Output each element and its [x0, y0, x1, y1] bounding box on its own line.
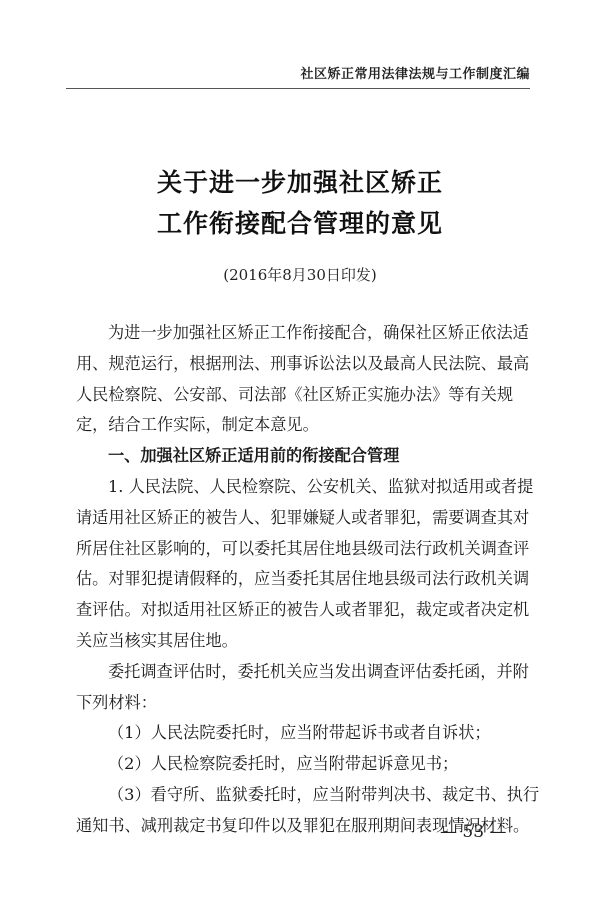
body-line: 委托调查评估时，委托机关应当发出调查评估委托函，并附	[76, 657, 524, 688]
body-line: 请适用社区矫正的被告人、犯罪嫌疑人或者罪犯，需要调查其对	[76, 503, 524, 534]
issue-date: (2016年8月30日印发)	[0, 264, 600, 285]
body-line: 为进一步加强社区矫正工作衔接配合，确保社区矫正依法适	[76, 318, 524, 349]
body-line: 关应当核实其居住地。	[76, 626, 524, 657]
section-heading: 一、加强社区矫正适用前的衔接配合管理	[76, 441, 524, 472]
body-line: 用、规范运行，根据刑法、刑事诉讼法以及最高人民法院、最高	[76, 349, 524, 380]
document-title-line-1: 关于进一步加强社区矫正	[0, 163, 600, 199]
body-line: （1）人民法院委托时，应当附带起诉书或者自诉状；	[76, 718, 524, 749]
body-line: 查评估。对拟适用社区矫正的被告人或者罪犯，裁定或者决定机	[76, 595, 524, 626]
header-rule	[66, 88, 530, 89]
body-line: 估。对罪犯提请假释的，应当委托其居住地县级司法行政机关调	[76, 564, 524, 595]
running-header: 社区矫正常用法律法规与工作制度汇编	[250, 63, 530, 82]
body-line: 所居住社区影响的，可以委托其居住地县级司法行政机关调查评	[76, 534, 524, 565]
body-line: 下列材料：	[76, 688, 524, 719]
body-text: 为进一步加强社区矫正工作衔接配合，确保社区矫正依法适用、规范运行，根据刑法、刑事…	[76, 318, 524, 842]
body-line: 定，结合工作实际，制定本意见。	[76, 410, 524, 441]
page-number: — 53 —	[440, 822, 506, 842]
body-line: 1. 人民法院、人民检察院、公安机关、监狱对拟适用或者提	[76, 472, 524, 503]
document-title-line-2: 工作衔接配合管理的意见	[0, 204, 600, 240]
body-line: （2）人民检察院委托时，应当附带起诉意见书；	[76, 749, 524, 780]
body-line: 人民检察院、公安部、司法部《社区矫正实施办法》等有关规	[76, 380, 524, 411]
body-line: （3）看守所、监狱委托时，应当附带判决书、裁定书、执行	[76, 780, 524, 811]
